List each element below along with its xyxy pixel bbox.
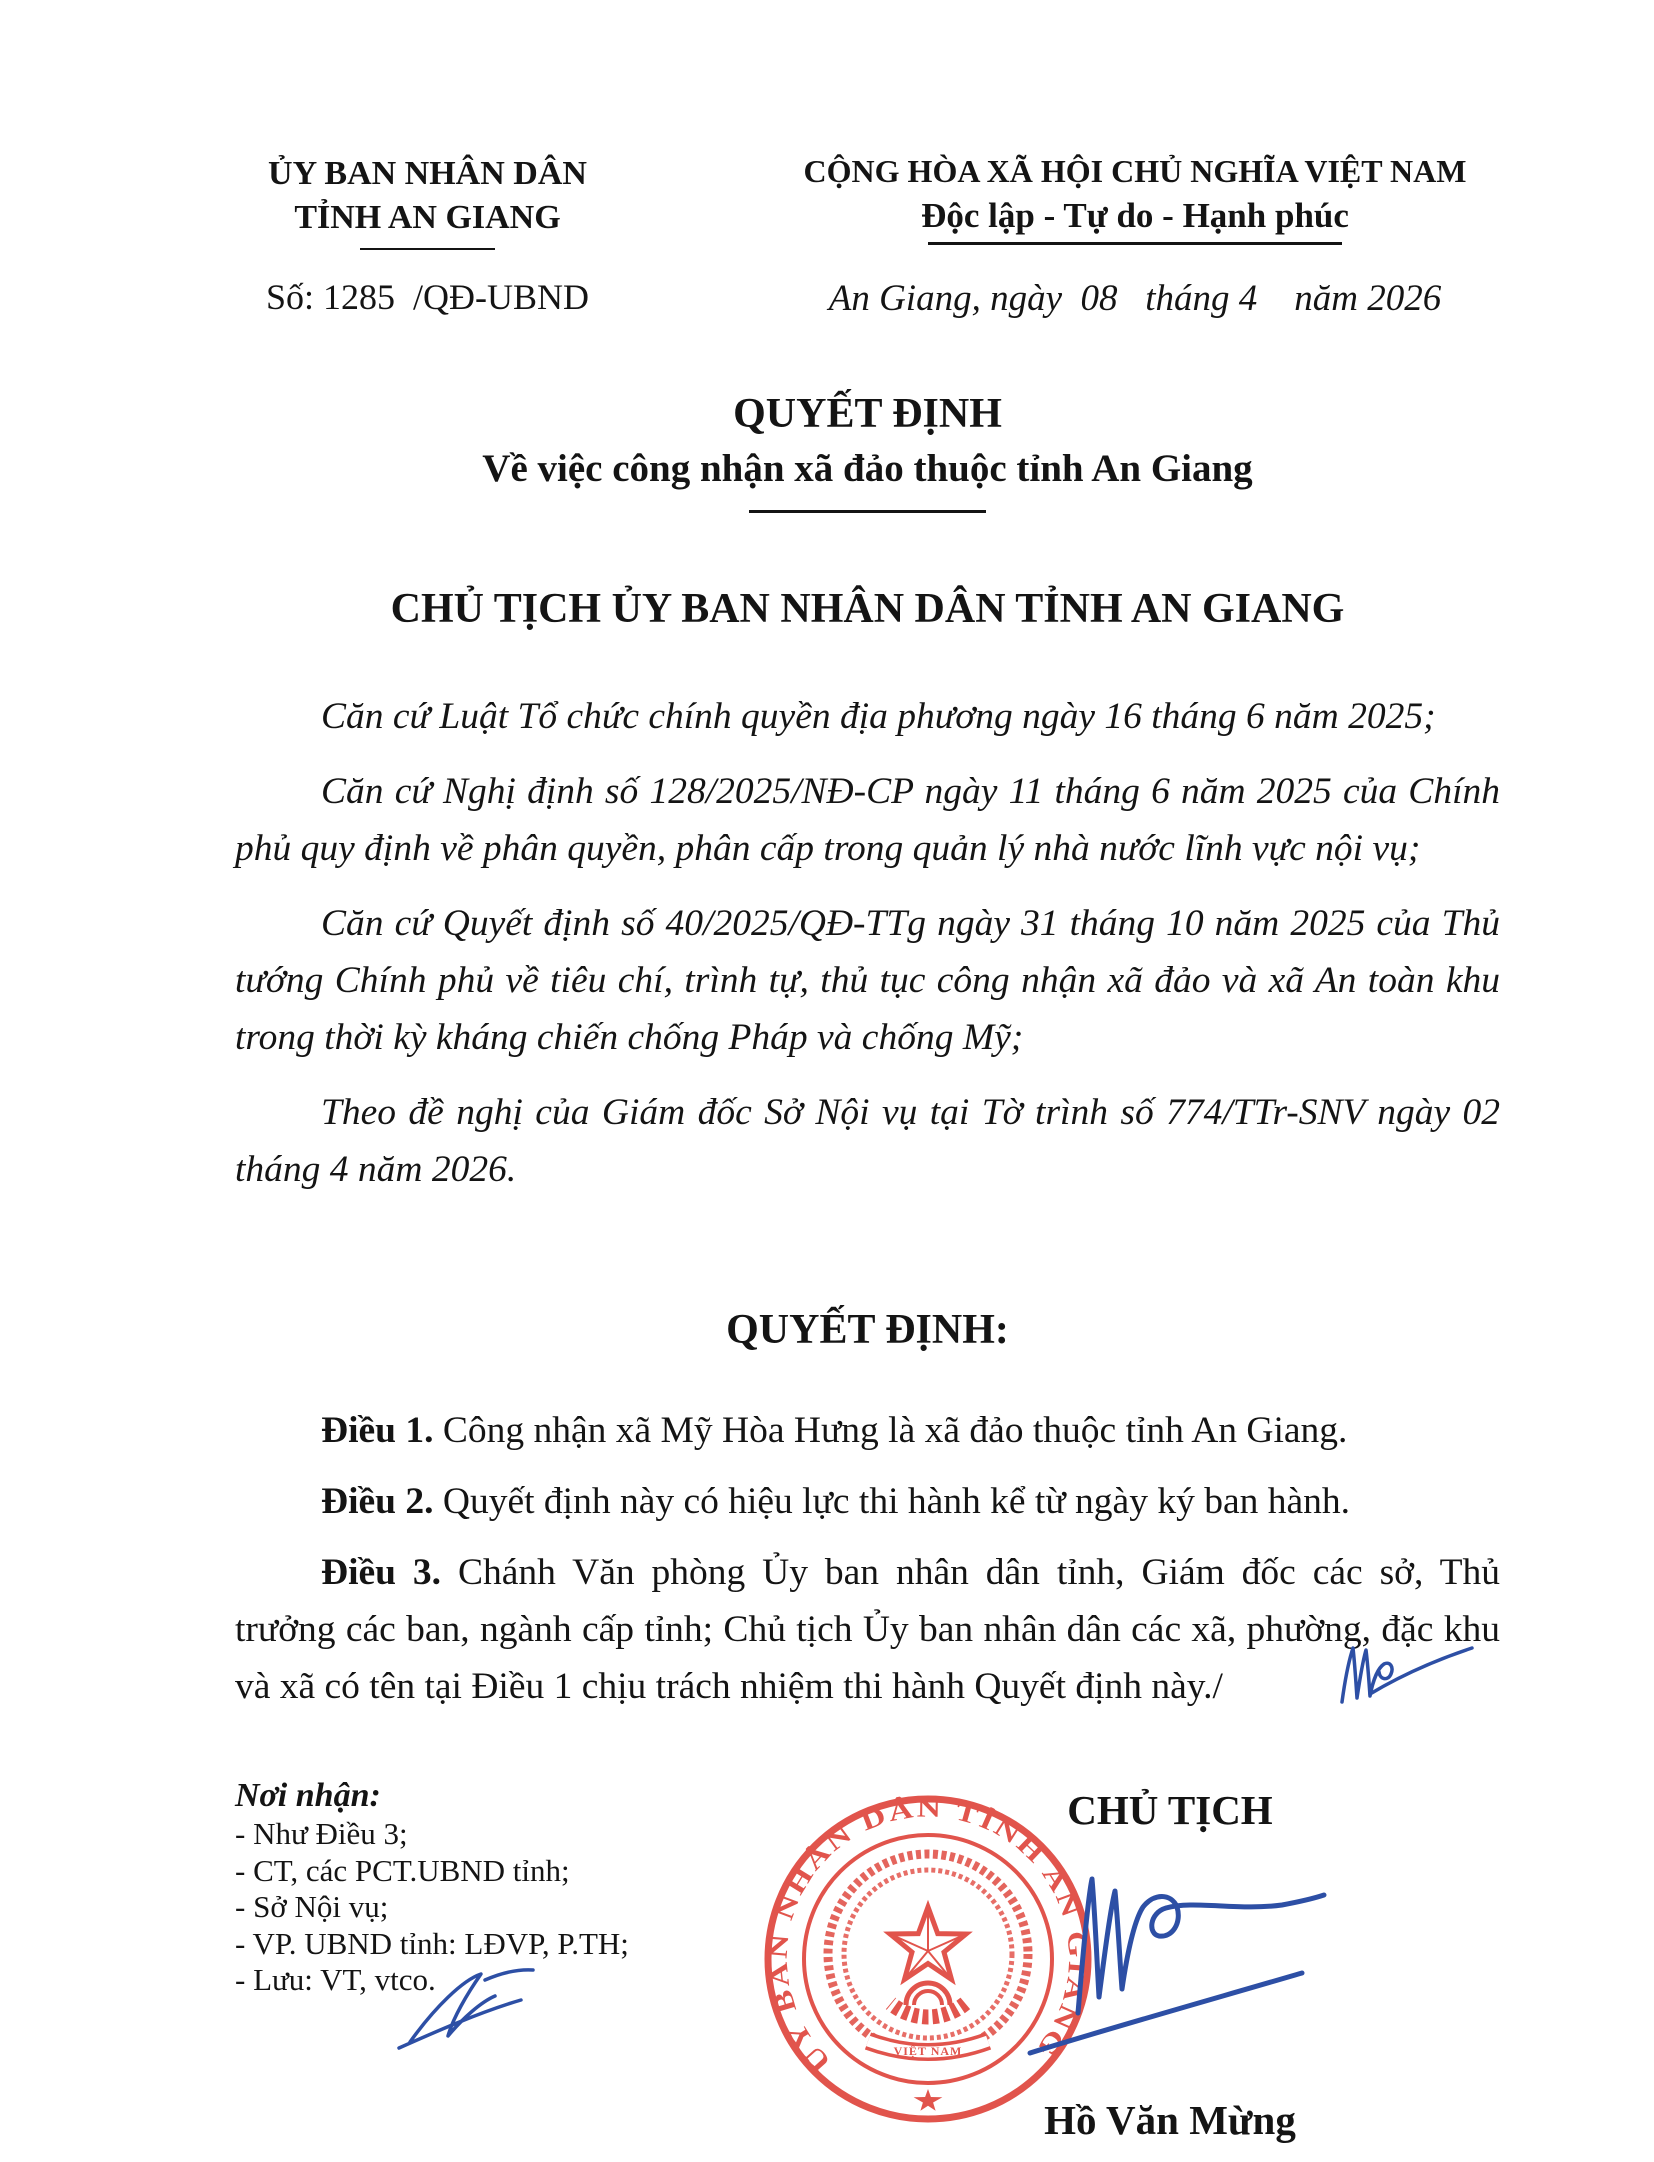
signature-stroke [1078,1879,1324,2013]
article-1-text: Công nhận xã Mỹ Hòa Hưng là xã đảo thuộc… [443,1410,1348,1451]
recipients-label: Nơi nhận: [235,1776,755,1816]
articles-section: Điều 1. Công nhận xã Mỹ Hòa Hưng là xã đ… [235,1402,1500,1715]
article-1: Điều 1. Công nhận xã Mỹ Hòa Hưng là xã đ… [235,1402,1500,1459]
seal-arch [914,1991,942,2005]
paraph-tail-stroke [1370,1648,1472,1694]
place-date-line: An Giang, ngày 08 tháng 4 năm 2026 [782,277,1488,320]
seal-banner-text: VIỆT NAM [894,2044,963,2058]
preamble-paragraph: Căn cứ Quyết định số 40/2025/QĐ-TTg ngày… [235,895,1500,1066]
preamble-section: Căn cứ Luật Tổ chức chính quyền địa phươ… [235,688,1500,1198]
decision-heading: QUYẾT ĐỊNH: [235,1306,1500,1354]
chairman-signature [1020,1845,1350,2065]
national-motto-block: CỘNG HÒA XÃ HỘI CHỦ NGHĨA VIỆT NAM Độc l… [782,150,1488,320]
mini-sign-stroke [410,1974,495,2042]
document-title-block: QUYẾT ĐỊNH Về việc công nhận xã đảo thuộ… [235,388,1500,513]
org-underline-rule [360,248,495,250]
recipient-item: - CT, các PCT.UBND tỉnh; [235,1853,755,1890]
paraph-stroke [1342,1648,1392,1702]
issuing-org-name-line2: TỈNH AN GIANG [235,196,620,240]
clerk-initials-signature [385,1962,570,2057]
article-1-label: Điều 1. [321,1410,434,1451]
recipient-item: - VP. UBND tỉnh: LĐVP, P.TH; [235,1926,755,1963]
recipient-item: - Như Điều 3; [235,1816,755,1853]
article-3-label: Điều 3. [321,1552,441,1593]
signature-underline-stroke [1030,1973,1302,2053]
seal-cog [891,2003,966,2017]
decision-document-page: ỦY BAN NHÂN DÂN TỈNH AN GIANG Số: 1285 /… [0,0,1654,2162]
preamble-paragraph: Căn cứ Luật Tổ chức chính quyền địa phươ… [235,688,1500,745]
title-underline-rule [749,510,986,513]
article-2: Điều 2. Quyết định này có hiệu lực thi h… [235,1473,1500,1530]
national-title: CỘNG HÒA XÃ HỘI CHỦ NGHĨA VIỆT NAM [782,150,1488,192]
national-motto: Độc lập - Tự do - Hạnh phúc [782,194,1488,238]
issuing-org-name-line1: ỦY BAN NHÂN DÂN [235,152,620,196]
initials-paraph [1328,1638,1478,1713]
seal-bottom-star [914,2089,943,2111]
article-3: Điều 3. Chánh Văn phòng Ủy ban nhân dân … [235,1544,1500,1715]
mini-sign-topdash [485,1970,533,1980]
document-type-title: QUYẾT ĐỊNH [235,388,1500,440]
article-2-label: Điều 2. [321,1481,434,1522]
article-2-text: Quyết định này có hiệu lực thi hành kể t… [443,1481,1350,1522]
document-subject-title: Về việc công nhận xã đảo thuộc tỉnh An G… [235,444,1500,494]
preamble-paragraph: Căn cứ Nghị định số 128/2025/NĐ-CP ngày … [235,763,1500,877]
authority-heading: CHỦ TỊCH ỦY BAN NHÂN DÂN TỈNH AN GIANG [235,585,1500,633]
motto-underline-rule [928,242,1342,245]
document-number: Số: 1285 /QĐ-UBND [235,276,620,318]
recipient-item: - Sở Nội vụ; [235,1889,755,1926]
issuing-org-block: ỦY BAN NHÂN DÂN TỈNH AN GIANG Số: 1285 /… [235,152,620,318]
preamble-paragraph: Theo đề nghị của Giám đốc Sở Nội vụ tại … [235,1084,1500,1198]
